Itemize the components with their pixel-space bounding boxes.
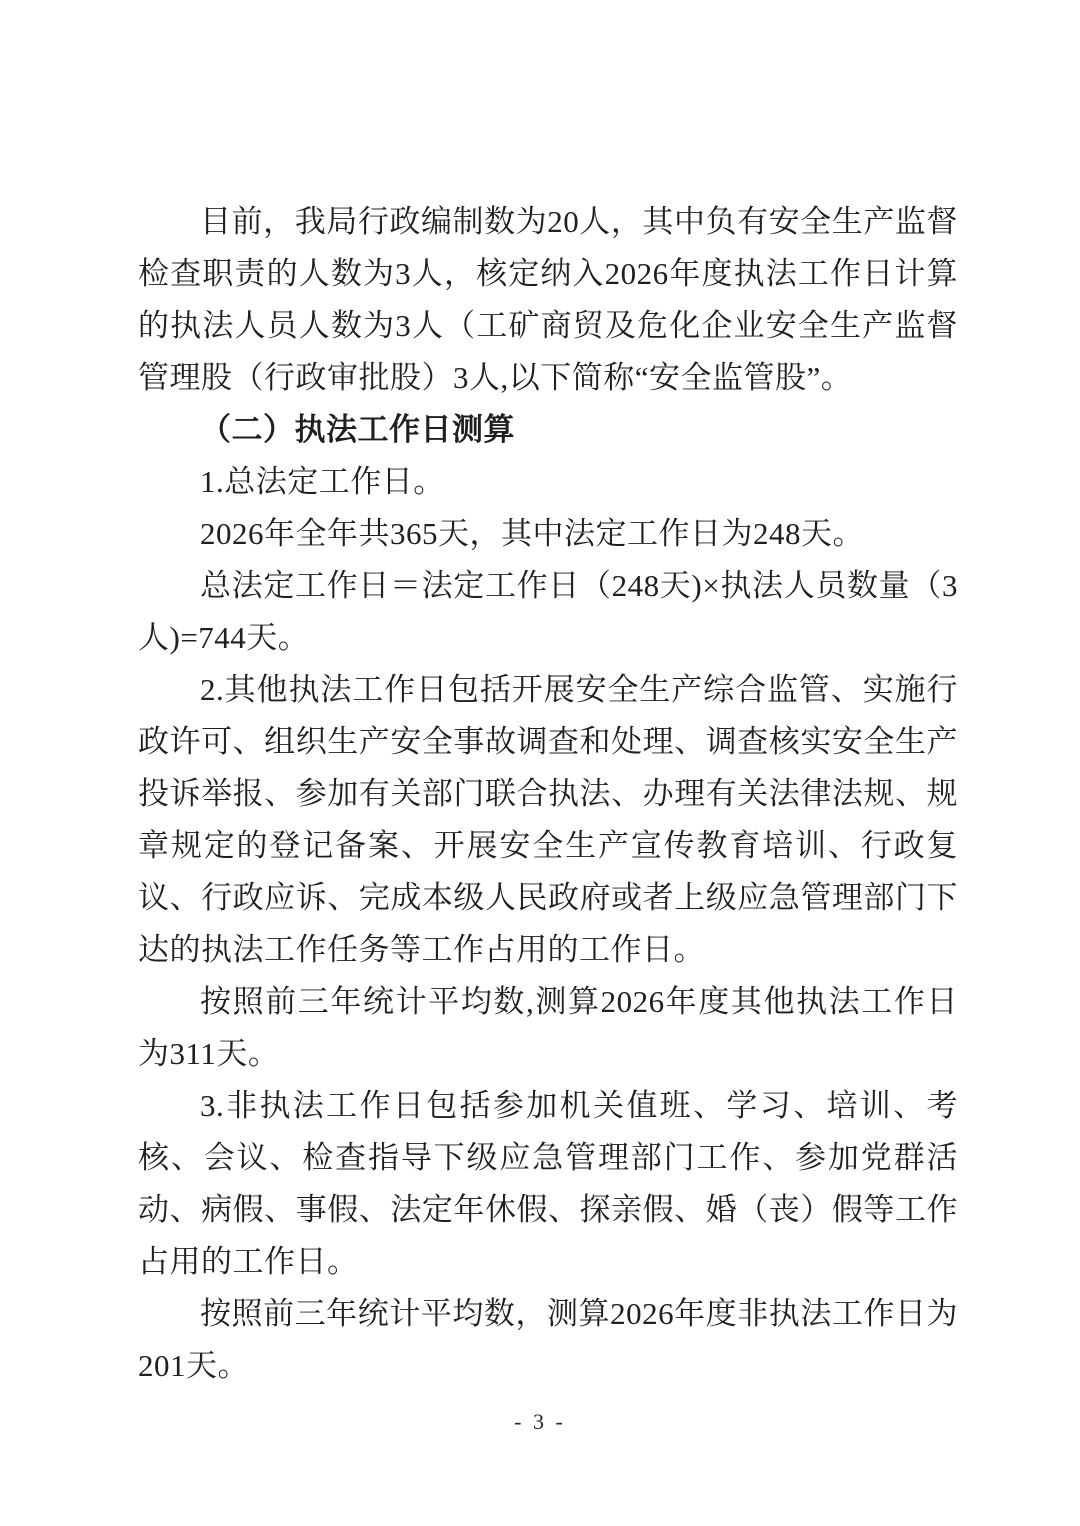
paragraph-item2-other-workdays: 2.其他执法工作日包括开展安全生产综合监管、实施行政许可、组织生产安全事故调查和… — [138, 664, 958, 976]
page-number: - 3 - — [0, 1408, 1080, 1436]
paragraph-staffing: 目前，我局行政编制数为20人，其中负有安全生产监督检查职责的人数为3人，核定纳入… — [138, 196, 958, 404]
paragraph-total-days: 2026年全年共365天，其中法定工作日为248天。 — [138, 508, 958, 560]
paragraph-other-workdays-estimate: 按照前三年统计平均数,测算2026年度其他执法工作日为311天。 — [138, 976, 958, 1080]
paragraph-item3-non-enforcement: 3.非执法工作日包括参加机关值班、学习、培训、考核、会议、检查指导下级应急管理部… — [138, 1080, 958, 1288]
document-body: 目前，我局行政编制数为20人，其中负有安全生产监督检查职责的人数为3人，核定纳入… — [138, 196, 958, 1392]
paragraph-formula: 总法定工作日＝法定工作日（248天)×执法人员数量（3人)=744天。 — [138, 560, 958, 664]
section-heading-workday-calculation: （二）执法工作日测算 — [138, 404, 958, 456]
paragraph-non-enforcement-estimate: 按照前三年统计平均数，测算2026年度非执法工作日为201天。 — [138, 1288, 958, 1392]
document-page: 目前，我局行政编制数为20人，其中负有安全生产监督检查职责的人数为3人，核定纳入… — [0, 0, 1080, 1526]
paragraph-item1-title: 1.总法定工作日。 — [138, 456, 958, 508]
